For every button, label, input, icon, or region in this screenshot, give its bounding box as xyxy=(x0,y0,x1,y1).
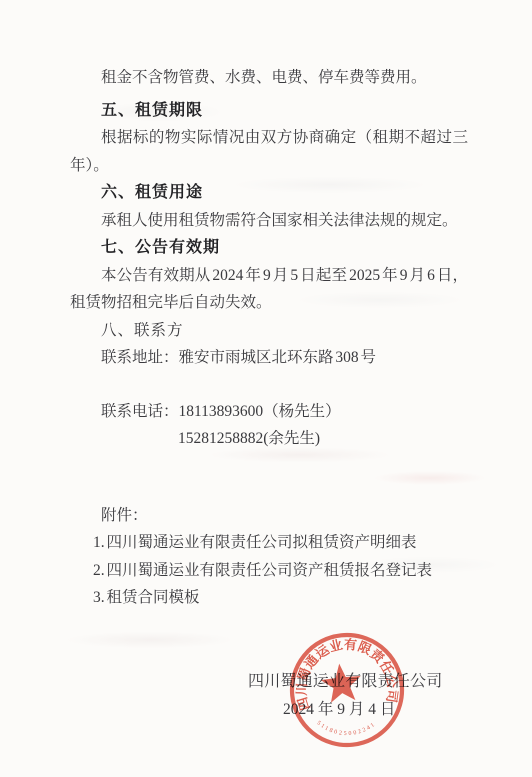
paragraph-rent-fees: 租金不含物管费、水费、电费、停车费等费用。 xyxy=(70,64,468,92)
contact-phone-line-1: 联系电话：18113893600（杨先生） xyxy=(70,398,468,426)
seal-star-icon xyxy=(319,662,363,704)
attachment-item-1: 1. 四川蜀通运业有限责任公司拟租赁资产明细表 xyxy=(93,529,468,557)
attachment-item-2: 2. 四川蜀通运业有限责任公司资产租赁报名登记表 xyxy=(93,557,468,585)
scanned-document-page: 租金不含物管费、水费、电费、停车费等费用。 五、租赁期限 根据标的物实际情况由双… xyxy=(0,0,532,777)
paragraph-lease-term: 根据标的物实际情况由双方协商确定（租期不超过三年）。 xyxy=(70,124,468,179)
contact-phone-line-2: 15281258882(余先生) xyxy=(178,425,468,453)
attachment-item-3: 3. 租赁合同模板 xyxy=(93,584,468,612)
section-heading-lease-term: 五、租赁期限 xyxy=(70,97,468,125)
section-heading-contact: 八、联系方 xyxy=(70,317,468,345)
paragraph-validity: 本公告有效期从 2024 年 9 月 5 日起至 2025 年 9 月 6 日，… xyxy=(70,262,468,317)
section-heading-lease-use: 六、租赁用途 xyxy=(70,179,468,207)
company-seal-stamp: 四川蜀通运业有限责任公司 5118025002241 xyxy=(286,627,408,751)
contact-address-line: 联系地址：雅安市雨城区北环东路 308 号 xyxy=(70,344,468,372)
paragraph-lease-use: 承租人使用租赁物需符合国家相关法律法规的规定。 xyxy=(70,207,468,235)
seal-company-text: 四川蜀通运业有限责任公司 xyxy=(288,631,402,714)
section-heading-validity: 七、公告有效期 xyxy=(70,234,468,262)
document-body: 租金不含物管费、水费、电费、停车费等费用。 五、租赁期限 根据标的物实际情况由双… xyxy=(70,64,468,612)
seal-serial-number: 5118025002241 xyxy=(315,714,378,740)
attachments-label: 附件： xyxy=(70,502,468,530)
